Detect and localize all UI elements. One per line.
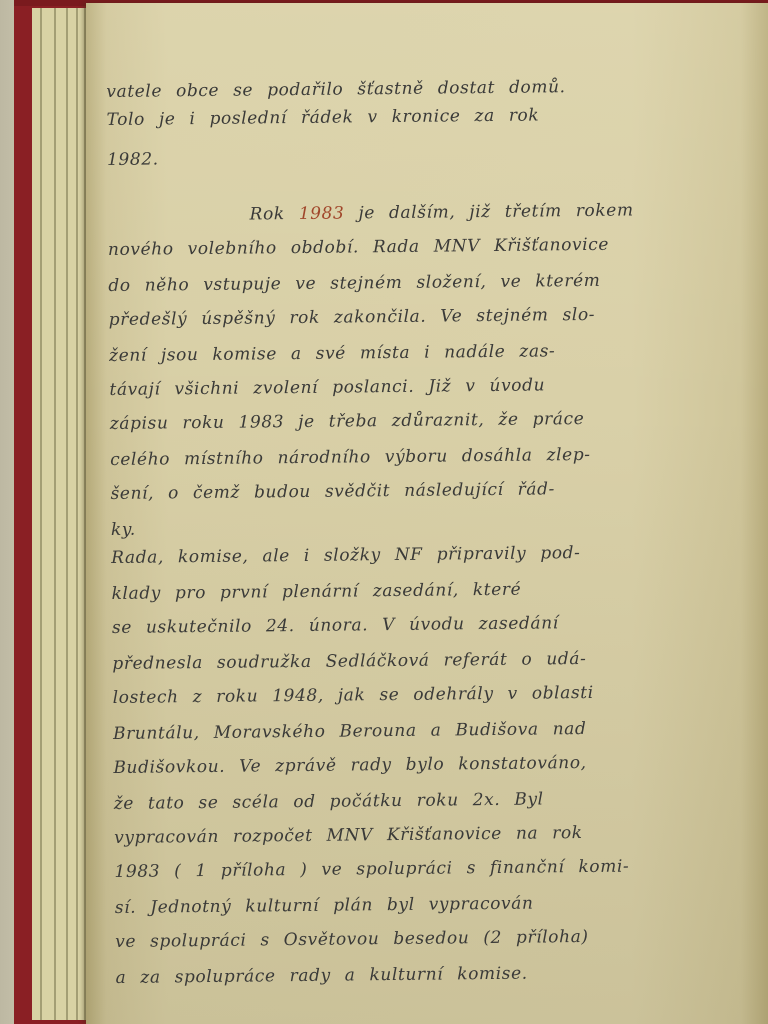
text-line: že tato se scéla od počátku roku 2x. Byl — [114, 785, 544, 818]
text-line: 1983 ( 1 příloha ) ve spolupráci s finan… — [114, 853, 629, 886]
text-line: zápisu roku 1983 je třeba zdůraznit, že … — [110, 405, 585, 438]
text-line: šení, o čemž budou svědčit následující ř… — [110, 475, 555, 508]
text-line: a za spolupráce rady a kulturní komise. — [115, 960, 527, 992]
text-line-year-heading: Rok 1983 je dalším, již třetím rokem — [249, 196, 633, 228]
text-line: přednesla soudružka Sedláčková referát o… — [112, 645, 586, 678]
text-line: Rada, komise, ale i složky NF připravily… — [111, 539, 581, 572]
text-line: do něho vstupuje ve stejném složení, ve … — [108, 267, 600, 300]
text-line: sí. Jednotný kulturní plán byl vypracová… — [115, 890, 534, 922]
text-line: 1982. — [107, 145, 159, 174]
text-line: Budišovkou. Ve zprávě rady bylo konstato… — [113, 749, 587, 782]
text-line: nového volebního období. Rada MNV Křišťa… — [108, 231, 609, 264]
text-line: klady pro první plenární zasedání, které — [111, 576, 521, 608]
text-line: žení jsou komise a své místa i nadále za… — [109, 337, 556, 370]
page-edge — [66, 8, 68, 1020]
text-line: se uskutečnilo 24. února. V úvodu zasedá… — [112, 609, 559, 642]
text-line: Tolo je i poslední řádek v kronice za ro… — [106, 101, 539, 134]
page-edge — [40, 8, 42, 1020]
text-line: ky. — [111, 516, 136, 544]
text-segment: Rok — [250, 204, 299, 225]
highlighted-year: 1983 — [299, 204, 345, 224]
page-edge — [76, 8, 78, 1020]
text-line: lostech z roku 1948, jak se odehrály v o… — [113, 679, 594, 712]
text-line: předešlý úspěšný rok zakončila. Ve stejn… — [109, 301, 596, 334]
text-line: celého místního národního výboru dosáhla… — [110, 441, 591, 474]
text-line: ve spolupráci s Osvětovou besedou (2 pří… — [115, 923, 589, 956]
text-line: Bruntálu, Moravského Berouna a Budišova … — [113, 715, 587, 748]
text-line: távají všichni zvolení poslanci. Již v ú… — [109, 371, 545, 404]
page-edge — [54, 8, 56, 1020]
text-line: vypracován rozpočet MNV Křišťanovice na … — [114, 819, 583, 852]
text-segment: je dalším, již třetím rokem — [344, 200, 633, 223]
